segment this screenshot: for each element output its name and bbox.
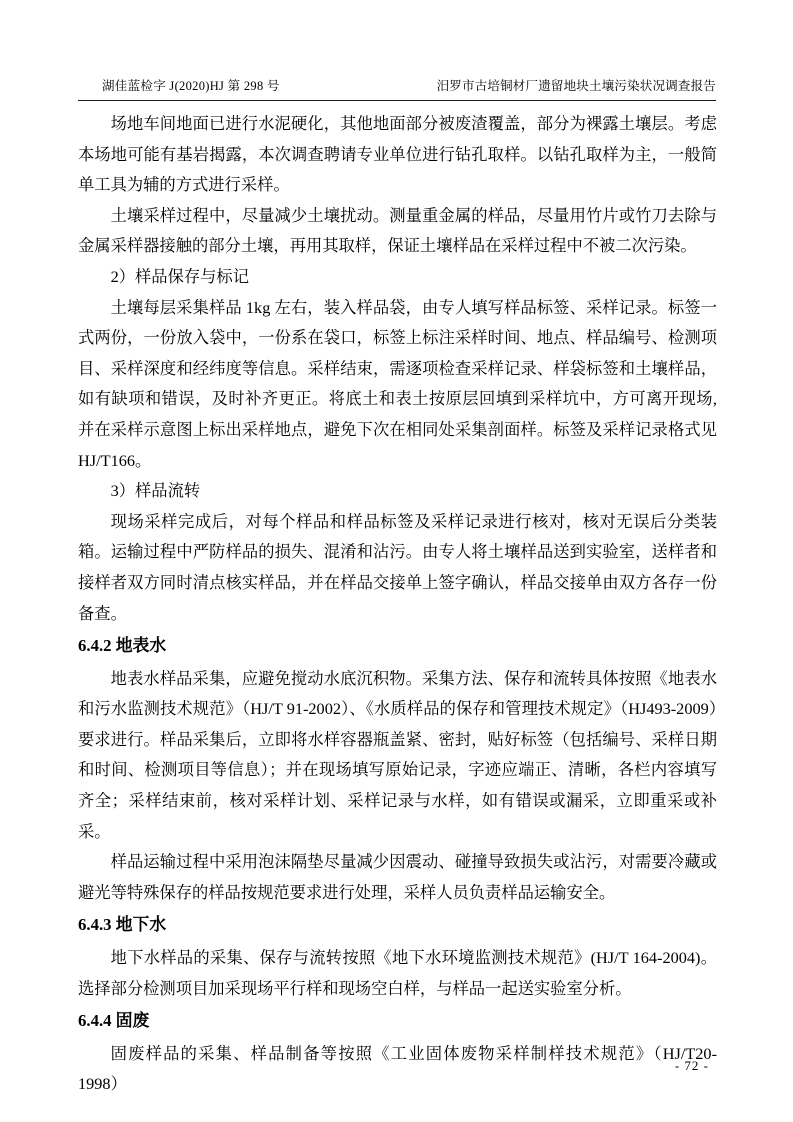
page-number: - 72 - — [675, 1058, 709, 1073]
section-heading-6-4-2-surface-water: 6.4.2 地表水 — [78, 631, 717, 662]
section-heading-6-4-3-groundwater: 6.4.3 地下水 — [78, 910, 717, 941]
document-body: 场地车间地面已进行水泥硬化，其他地面部分被废渣覆盖，部分为裸露土壤层。考虑本场地… — [78, 109, 717, 1100]
paragraph-sample-labeling-detail: 土壤每层采集样品 1kg 左右，装入样品袋，由专人填写样品标签、采样记录。标签一… — [78, 293, 717, 477]
header-report-title: 汨罗市古培铜材厂遗留地块土壤污染状况调查报告 — [437, 78, 716, 95]
paragraph-surface-water-sampling: 地表水样品采集，应避免搅动水底沉积物。采集方法、保存和流转具体按照《地表水和污水… — [78, 664, 717, 848]
page-footer: - 72 - — [78, 1058, 717, 1074]
paragraph-soil-disturbance: 土壤采样过程中，尽量减少土壤扰动。测量重金属的样品，尽量用竹片或竹刀去除与金属采… — [78, 201, 717, 262]
paragraph-sampling-method: 场地车间地面已进行水泥硬化，其他地面部分被废渣覆盖，部分为裸露土壤层。考虑本场地… — [78, 109, 717, 201]
section-heading-6-4-4-solid-waste: 6.4.4 固废 — [78, 1006, 717, 1037]
paragraph-groundwater-sampling: 地下水样品的采集、保存与流转按照《地下水环境监测技术规范》(HJ/T 164-2… — [78, 943, 717, 1004]
document-page: 湖佳蓝检字 J(2020)HJ 第 298 号 汨罗市古培铜材厂遗留地块土壤污染… — [0, 0, 793, 1122]
paragraph-sample-transfer-detail: 现场采样完成后，对每个样品和样品标签及采样记录进行核对，核对无误后分类装箱。运输… — [78, 507, 717, 629]
header-document-number: 湖佳蓝检字 J(2020)HJ 第 298 号 — [78, 78, 280, 95]
subheading-sample-storage-labeling: 2）样品保存与标记 — [78, 262, 717, 293]
page-header: 湖佳蓝检字 J(2020)HJ 第 298 号 汨罗市古培铜材厂遗留地块土壤污染… — [78, 78, 716, 101]
paragraph-sample-transport-protection: 样品运输过程中采用泡沫隔垫尽量减少因震动、碰撞导致损失或沾污，对需要冷藏或避光等… — [78, 847, 717, 908]
subheading-sample-transfer: 3）样品流转 — [78, 476, 717, 507]
